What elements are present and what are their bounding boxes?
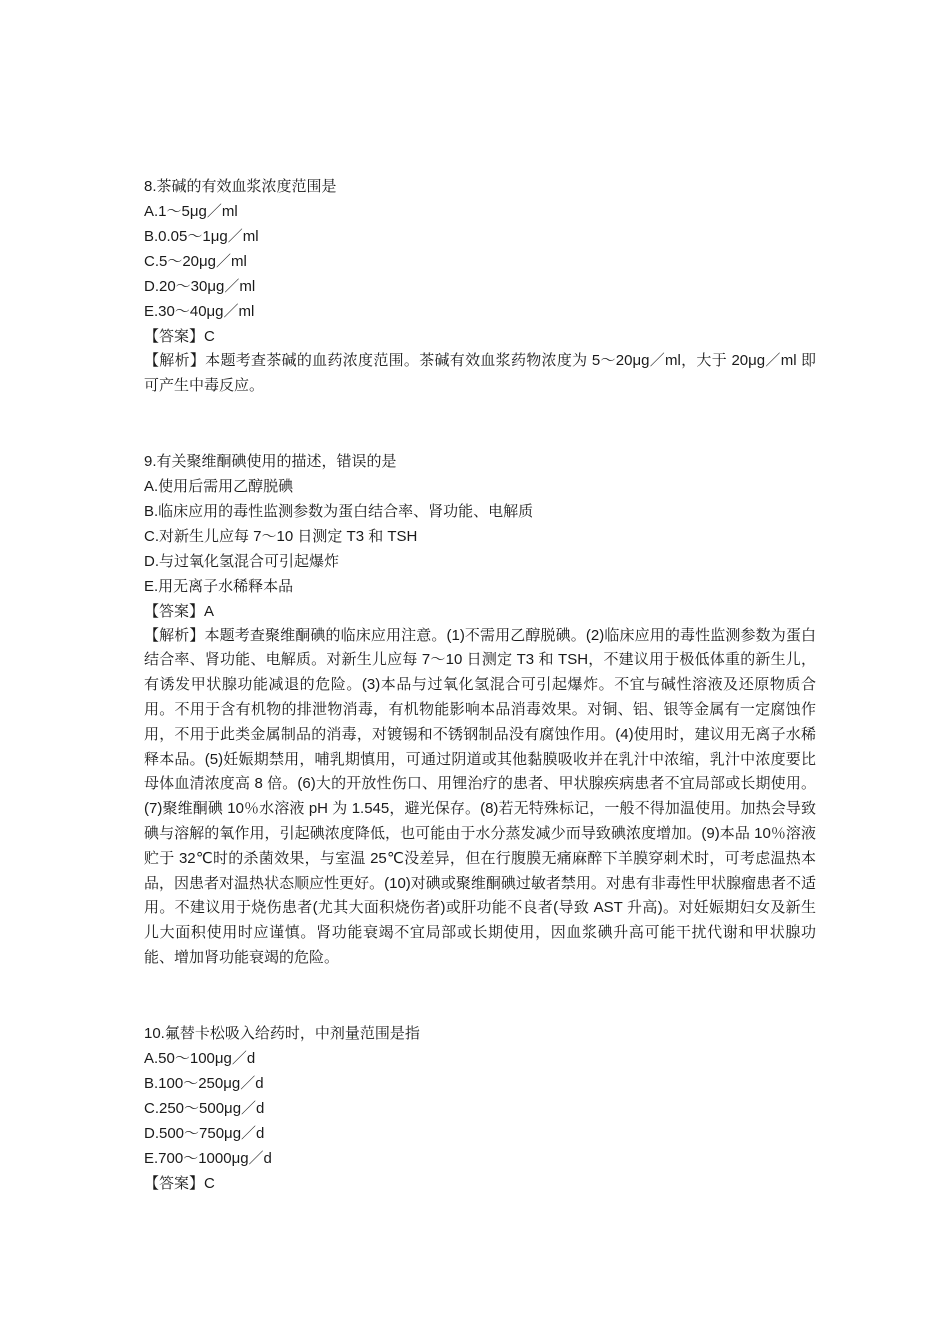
option-e: E.700～1000μg／d [144,1146,816,1171]
analysis: 【解析】本题考查聚维酮碘的临床应用注意。(1)不需用乙醇脱碘。(2)临床应用的毒… [144,624,816,971]
document-page: 8.茶碱的有效血浆浓度范围是 A.1～5μg／ml B.0.05～1μg／ml … [144,174,816,1196]
question-9: 9.有关聚维酮碘使用的描述，错误的是 A.使用后需用乙醇脱碘 B.临床应用的毒性… [144,449,816,971]
spacer [144,971,816,1021]
question-8: 8.茶碱的有效血浆浓度范围是 A.1～5μg／ml B.0.05～1μg／ml … [144,174,816,399]
option-b: B.0.05～1μg／ml [144,224,816,249]
option-a: A.50～100μg／d [144,1046,816,1071]
answer: 【答案】C [144,324,816,349]
question-title: 8.茶碱的有效血浆浓度范围是 [144,174,816,199]
option-b: B.临床应用的毒性监测参数为蛋白结合率、肾功能、电解质 [144,499,816,524]
question-title: 9.有关聚维酮碘使用的描述，错误的是 [144,449,816,474]
question-10: 10.氟替卡松吸入给药时，中剂量范围是指 A.50～100μg／d B.100～… [144,1021,816,1196]
spacer [144,399,816,449]
option-c: C.5～20μg／ml [144,249,816,274]
option-d: D.与过氧化氢混合可引起爆炸 [144,549,816,574]
option-a: A.1～5μg／ml [144,199,816,224]
option-c: C.250～500μg／d [144,1096,816,1121]
option-a: A.使用后需用乙醇脱碘 [144,474,816,499]
analysis: 【解析】本题考查茶碱的血药浓度范围。茶碱有效血浆药物浓度为 5～20μg／ml，… [144,349,816,399]
option-c: C.对新生儿应每 7～10 日测定 T3 和 TSH [144,524,816,549]
option-e: E.30～40μg／ml [144,299,816,324]
option-d: D.20～30μg／ml [144,274,816,299]
answer: 【答案】A [144,599,816,624]
option-e: E.用无离子水稀释本品 [144,574,816,599]
answer: 【答案】C [144,1171,816,1196]
option-d: D.500～750μg／d [144,1121,816,1146]
question-title: 10.氟替卡松吸入给药时，中剂量范围是指 [144,1021,816,1046]
option-b: B.100～250μg／d [144,1071,816,1096]
